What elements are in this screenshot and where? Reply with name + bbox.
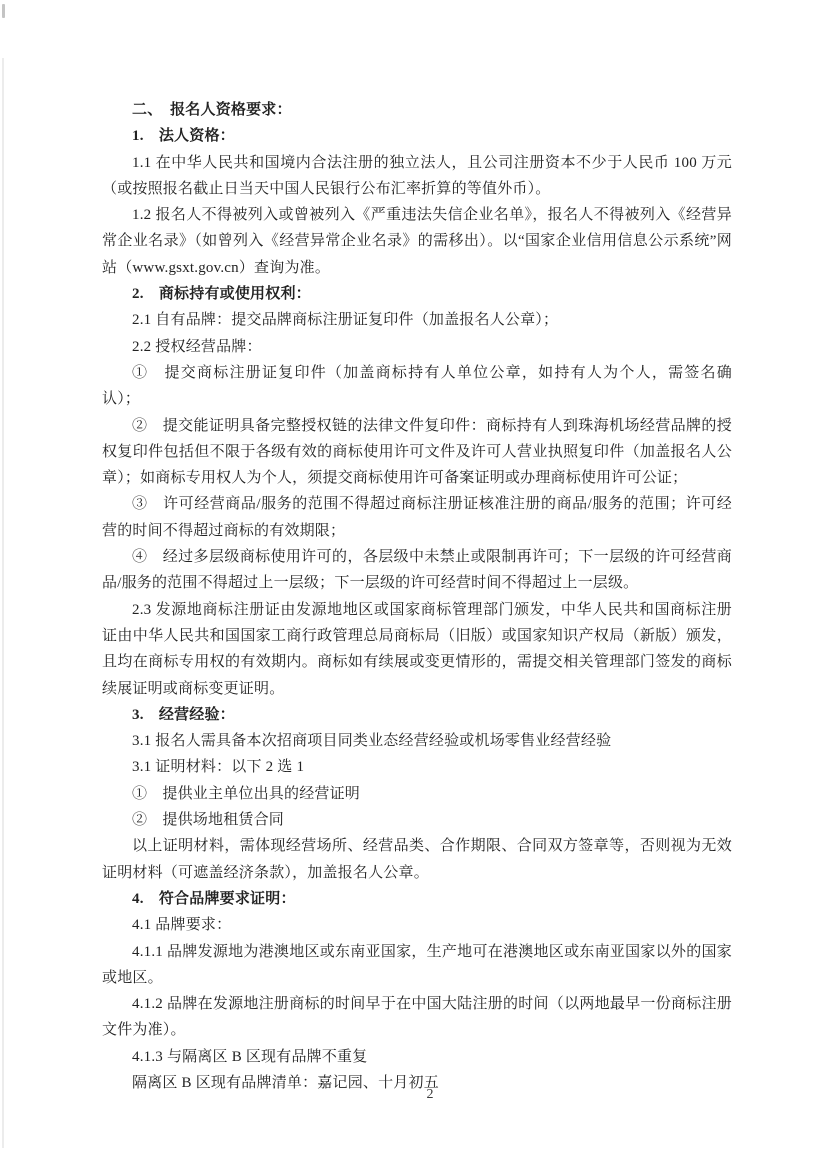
clause-4-1-3: 4.1.3 与隔离区 B 区现有品牌不重复 bbox=[102, 1044, 732, 1070]
clause-4-1: 4.1 品牌要求： bbox=[102, 912, 732, 938]
clause-1-2: 1.2 报名人不得被列入或曾被列入《严重违法失信企业名单》，报名人不得被列入《经… bbox=[102, 202, 732, 281]
item-circled-2-authorization-chain: ② 提交能证明具备完整授权链的法律文件复印件：商标持有人到珠海机场经营品牌的授权… bbox=[102, 413, 732, 492]
clause-2-2: 2.2 授权经营品牌： bbox=[102, 334, 732, 360]
proof-materials-note: 以上证明材料，需体现经营场所、经营品类、合作期限、合同双方签章等，否则视为无效证… bbox=[102, 833, 732, 886]
clause-4-1-1: 4.1.1 品牌发源地为港澳地区或东南亚国家，生产地可在港澳地区或东南亚国家以外… bbox=[102, 939, 732, 992]
item-circled-1-owner-certificate: ① 提供业主单位出具的经营证明 bbox=[102, 781, 732, 807]
clause-3-1-proof-materials: 3.1 证明材料：以下 2 选 1 bbox=[102, 754, 732, 780]
document-body: 二、 报名人资格要求：1. 法人资格：1.1 在中华人民共和国境内合法注册的独立… bbox=[102, 97, 732, 1096]
page-footer: 2 bbox=[115, 1087, 745, 1103]
clause-1-1: 1.1 在中华人民共和国境内合法注册的独立法人，且公司注册资本不少于人民币 10… bbox=[102, 150, 732, 203]
clause-4-1-2: 4.1.2 品牌在发源地注册商标的时间早于在中国大陆注册的时间（以两地最早一份商… bbox=[102, 991, 732, 1044]
heading-3-operating-experience: 3. 经营经验： bbox=[102, 702, 732, 728]
item-circled-2-lease-contract: ② 提供场地租赁合同 bbox=[102, 807, 732, 833]
scan-edge-line bbox=[2, 58, 4, 1148]
clause-3-1-experience: 3.1 报名人需具备本次招商项目同类业态经营经验或机场零售业经营经验 bbox=[102, 728, 732, 754]
document-page: 二、 报名人资格要求：1. 法人资格：1.1 在中华人民共和国境内合法注册的独立… bbox=[0, 0, 827, 1169]
clause-2-1: 2.1 自有品牌：提交品牌商标注册证复印件（加盖报名人公章）； bbox=[102, 307, 732, 333]
scan-edge-tick bbox=[2, 4, 5, 18]
page-number: 2 bbox=[427, 1087, 434, 1102]
section-heading-applicant-qualification: 二、 报名人资格要求： bbox=[102, 97, 732, 123]
heading-4-brand-requirement-proof: 4. 符合品牌要求证明： bbox=[102, 886, 732, 912]
clause-2-3: 2.3 发源地商标注册证由发源地地区或国家商标管理部门颁发，中华人民共和国商标注… bbox=[102, 597, 732, 702]
item-circled-1-trademark-certificate: ① 提交商标注册证复印件（加盖商标持有人单位公章，如持有人为个人，需签名确认）； bbox=[102, 360, 732, 413]
heading-2-trademark-rights: 2. 商标持有或使用权利： bbox=[102, 281, 732, 307]
heading-1-legal-person-qualification: 1. 法人资格： bbox=[102, 123, 732, 149]
item-circled-4-multilevel-license: ④ 经过多层级商标使用许可的，各层级中未禁止或限制再许可；下一层级的许可经营商品… bbox=[102, 544, 732, 597]
item-circled-3-license-scope: ③ 许可经营商品/服务的范围不得超过商标注册证核准注册的商品/服务的范围；许可经… bbox=[102, 491, 732, 544]
